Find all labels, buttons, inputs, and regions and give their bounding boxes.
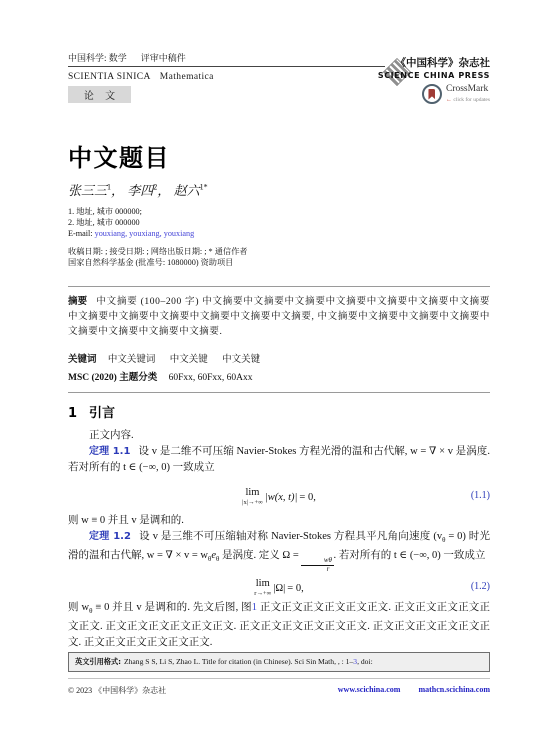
affiliation-block: 1. 地址, 城市 000000; 2. 地址, 城市 000000 E-mai… (68, 206, 194, 239)
paragraph: 正文内容. (68, 428, 490, 444)
keyword: 中文关键 (170, 355, 208, 365)
footer-divider (68, 678, 490, 679)
abstract-text: 中文摘要 (100–200 字) 中文摘要中文摘要中文摘要中文摘要中文摘要中文摘… (68, 297, 490, 337)
keywords-line: 关键词 中文关键词 中文关键 中文关键 (68, 351, 490, 365)
affiliation-line-1: 1. 地址, 城市 000000; (68, 206, 194, 217)
paper-title: 中文题目 (68, 138, 170, 173)
author-name: 李四 (127, 183, 153, 198)
author-line: 张三三1， 李四2， 赵六1* (68, 180, 208, 199)
equation-number: (1.1) (471, 490, 490, 501)
bookmark-icon (428, 89, 435, 100)
equation-number: (1.2) (471, 581, 490, 592)
footer-copyright: © 2023 《中国科学》杂志社 (68, 685, 166, 696)
footer-link-mathcn[interactable]: mathcn.scichina.com (418, 685, 490, 694)
divider (68, 286, 490, 287)
equation-rest: = 0, (287, 583, 303, 594)
msc-label: MSC (2020) 主题分类 (68, 373, 157, 383)
equation-1: lim |x|→+∞ |w(x, t)| = 0, (1.1) (68, 487, 490, 509)
theorem-text: 是涡度. 定义 Ω = (219, 550, 301, 561)
journal-title-latin: SCIENTIA SINICA (68, 72, 151, 82)
divider (68, 392, 490, 393)
abstract-label: 摘要 (68, 296, 87, 307)
meta-block: 收稿日期: ; 接受日期: ; 网络出版日期: ; * 通信作者 国家自然科学基… (68, 246, 247, 268)
equation-2: lim r→+∞ |Ω| = 0, (1.2) (68, 578, 490, 600)
keyword: 中文关键词 (108, 355, 156, 365)
crossmark-subtitle: ← click for updates (446, 97, 490, 104)
fraction: wθr (301, 557, 333, 573)
lim-operator: lim |x|→+∞ (242, 488, 263, 506)
header-divider (68, 66, 385, 67)
paragraph-text: 则 w (68, 602, 89, 613)
msc-line: MSC (2020) 主题分类 60Fxx, 60Fxx, 60Axx (68, 369, 490, 383)
footer-link-scichina[interactable]: www.scichina.com (338, 685, 401, 694)
lim-subscript: r→+∞ (254, 591, 271, 598)
section-number: 1 (68, 406, 77, 421)
theorem-text: . 若对所有的 t ∈ (−∞, 0) 一致成立 (334, 550, 486, 561)
dates-line: 收稿日期: ; 接受日期: ; 网络出版日期: ; * 通信作者 (68, 246, 247, 257)
theorem-label: 定理 1.1 (89, 446, 130, 457)
crossmark-label: CrossMark (446, 85, 490, 95)
author-separator: ， (157, 183, 170, 198)
theorem-1-paragraph: 定理 1.1设 v 是二维不可压缩 Navier-Stokes 方程光滑的温和古… (68, 444, 490, 476)
closing-paragraph: 则 wθ ≡ 0 并且 v 是调和的. 先文后图, 图1 正文正文正文正文正文正… (68, 600, 490, 651)
red-arrow-icon: ← (446, 97, 452, 103)
theorem-text: 设 v 是三维不可压缩轴对称 Navier-Stokes 方程具平凡角向速度 (… (139, 531, 442, 542)
equation-rest: = 0, (299, 492, 315, 503)
email-label: E-mail: (68, 229, 93, 238)
paper-page: 中国科学: 数学评审中稿件 SCIENTIA SINICAMathematica… (0, 0, 558, 744)
theorem-text: 设 v 是二维不可压缩 Navier-Stokes 方程光滑的温和古代解, w … (68, 446, 490, 473)
manuscript-status: 评审中稿件 (141, 53, 186, 63)
equation-body: |Ω| (273, 583, 285, 594)
citation-label: 英文引用格式: (75, 657, 121, 666)
theorem-2-paragraph: 定理 1.2设 v 是三维不可压缩轴对称 Navier-Stokes 方程具平凡… (68, 529, 490, 573)
theorem-label: 定理 1.2 (89, 531, 131, 542)
citation-text: , doi: (357, 657, 373, 666)
section-heading: 1引言 (68, 402, 115, 421)
journal-title-line: 中国科学: 数学评审中稿件 (68, 51, 186, 64)
lim-subscript: |x|→+∞ (242, 500, 263, 507)
funding-line: 国家自然科学基金 (批准号: 1080000) 资助项目 (68, 257, 247, 268)
author-separator: ， (111, 183, 124, 198)
email-links[interactable]: youxiang, youxiang, youxiang (95, 229, 195, 238)
email-line: E-mail: youxiang, youxiang, youxiang (68, 228, 194, 239)
crossmark-badge[interactable]: CrossMark ← click for updates (422, 84, 490, 104)
affiliation-line-2: 2. 地址, 城市 000000 (68, 217, 194, 228)
press-name-cn: 《中国科学》杂志社 (396, 55, 491, 70)
keywords-label: 关键词 (68, 354, 97, 365)
article-type-badge: 论 文 (68, 86, 131, 103)
equation-body: |w(x, t)| (265, 492, 298, 503)
crossmark-icon[interactable] (422, 84, 442, 104)
author-name: 张三三 (68, 183, 107, 198)
footer-links: www.scichina.com mathcn.scichina.com (322, 685, 490, 694)
lim-operator: lim r→+∞ (254, 579, 271, 597)
paragraph-text: ≡ 0 并且 v 是调和的. 先文后图, 图 (92, 602, 251, 613)
citation-text: Zhang S S, Li S, Zhao L. Title for citat… (124, 657, 353, 666)
journal-title-cn: 中国科学: 数学 (68, 53, 127, 63)
abstract-paragraph: 摘要中文摘要 (100–200 字) 中文摘要中文摘要中文摘要中文摘要中文摘要中… (68, 294, 490, 340)
author-superscript: 1* (200, 183, 208, 192)
msc-value: 60Fxx, 60Fxx, 60Axx (169, 373, 253, 383)
journal-title-latin-line: SCIENTIA SINICAMathematica (68, 72, 214, 82)
author-name: 赵六 (174, 183, 200, 198)
fraction-denominator: r (306, 566, 330, 574)
journal-title-latin-sub: Mathematica (160, 72, 214, 82)
section-title: 引言 (89, 406, 115, 421)
citation-box: 英文引用格式:Zhang S S, Li S, Zhao L. Title fo… (68, 652, 490, 672)
keyword: 中文关键 (222, 355, 260, 365)
paragraph: 则 w ≡ 0 并且 v 是调和的. (68, 513, 490, 529)
press-name-en: SCIENCE CHINA PRESS (378, 71, 490, 80)
